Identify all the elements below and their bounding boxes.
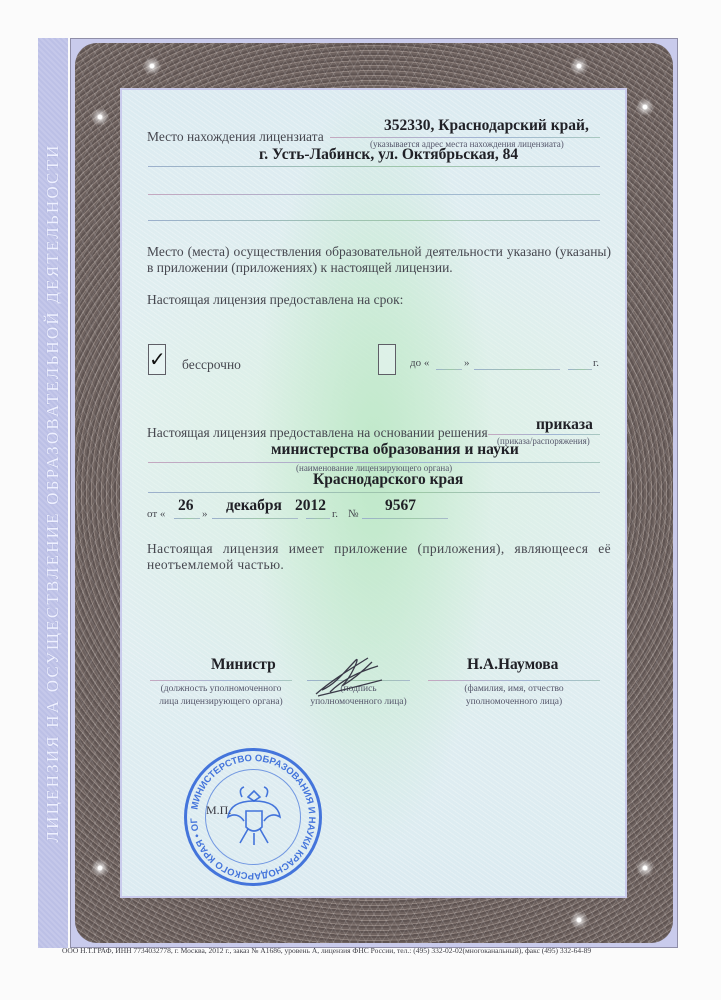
rosette-ornament xyxy=(91,108,109,126)
name-hint: (фамилия, имя, отчество уполномоченного … xyxy=(440,683,588,709)
until-prefix: до « xyxy=(410,357,429,369)
coat-of-arms-icon xyxy=(224,783,284,851)
location-value-line1: 352330, Краснодарский край, xyxy=(384,117,589,135)
rosette-ornament xyxy=(91,859,109,877)
field-line xyxy=(174,518,200,519)
field-line xyxy=(148,220,600,221)
field-line xyxy=(148,166,600,167)
field-line xyxy=(306,518,330,519)
field-line xyxy=(148,492,600,493)
rosette-ornament xyxy=(143,57,161,75)
indefinite-label: бессрочно xyxy=(182,357,241,373)
checkmark-icon: ✓ xyxy=(149,347,166,371)
field-line xyxy=(150,680,292,681)
year-suffix: г. xyxy=(332,508,338,520)
appendix-text: Настоящая лицензия имеет приложение (при… xyxy=(147,541,611,573)
decision-day: 26 xyxy=(178,497,194,515)
location-value-line2: г. Усть-Лабинск, ул. Октябрьская, 84 xyxy=(259,146,518,164)
rosette-ornament xyxy=(570,57,588,75)
field-line xyxy=(362,518,448,519)
date-prefix: от « xyxy=(147,508,165,520)
rosette-ornament xyxy=(636,98,654,116)
until-year-suffix: г. xyxy=(593,357,599,369)
decision-number: 9567 xyxy=(385,497,416,515)
decision-type: приказа xyxy=(536,416,593,434)
printer-footer: ООО Н.Т.ГРАФ, ИНН 7734032778, г. Москва,… xyxy=(62,946,591,955)
until-date-checkbox[interactable] xyxy=(378,344,396,375)
term-label: Настоящая лицензия предоставлена на срок… xyxy=(147,292,403,308)
signer-position: Министр xyxy=(211,656,276,674)
field-line xyxy=(330,137,600,138)
field-line xyxy=(428,680,600,681)
rosette-ornament xyxy=(570,911,588,929)
organ-line2: Краснодарского края xyxy=(313,471,463,489)
position-hint: (должность уполномоченного лица лицензир… xyxy=(150,683,292,709)
basis-label: Настоящая лицензия предоставлена на осно… xyxy=(147,425,488,441)
until-quote-close: » xyxy=(464,357,470,369)
field-line xyxy=(436,369,462,370)
number-label: № xyxy=(348,508,359,520)
location-label: Место нахождения лицензиата xyxy=(147,129,324,145)
field-line xyxy=(568,369,592,370)
field-line xyxy=(212,518,298,519)
mp-label: М.П. xyxy=(206,803,231,818)
activity-place-text: Место (места) осуществления образователь… xyxy=(147,244,611,276)
decision-year: 2012 xyxy=(295,497,326,515)
date-quote-close: » xyxy=(202,508,208,520)
indefinite-checkbox[interactable]: ✓ xyxy=(148,344,166,375)
rosette-ornament xyxy=(636,859,654,877)
field-line xyxy=(488,434,600,435)
field-line xyxy=(474,369,560,370)
decision-month: декабря xyxy=(226,497,282,515)
organ-line1: министерства образования и науки xyxy=(271,441,519,459)
side-title: Лицензия на осуществление образовательно… xyxy=(43,143,63,842)
field-line xyxy=(148,194,600,195)
signature-icon xyxy=(312,650,392,700)
signer-name: Н.А.Наумова xyxy=(467,656,558,674)
